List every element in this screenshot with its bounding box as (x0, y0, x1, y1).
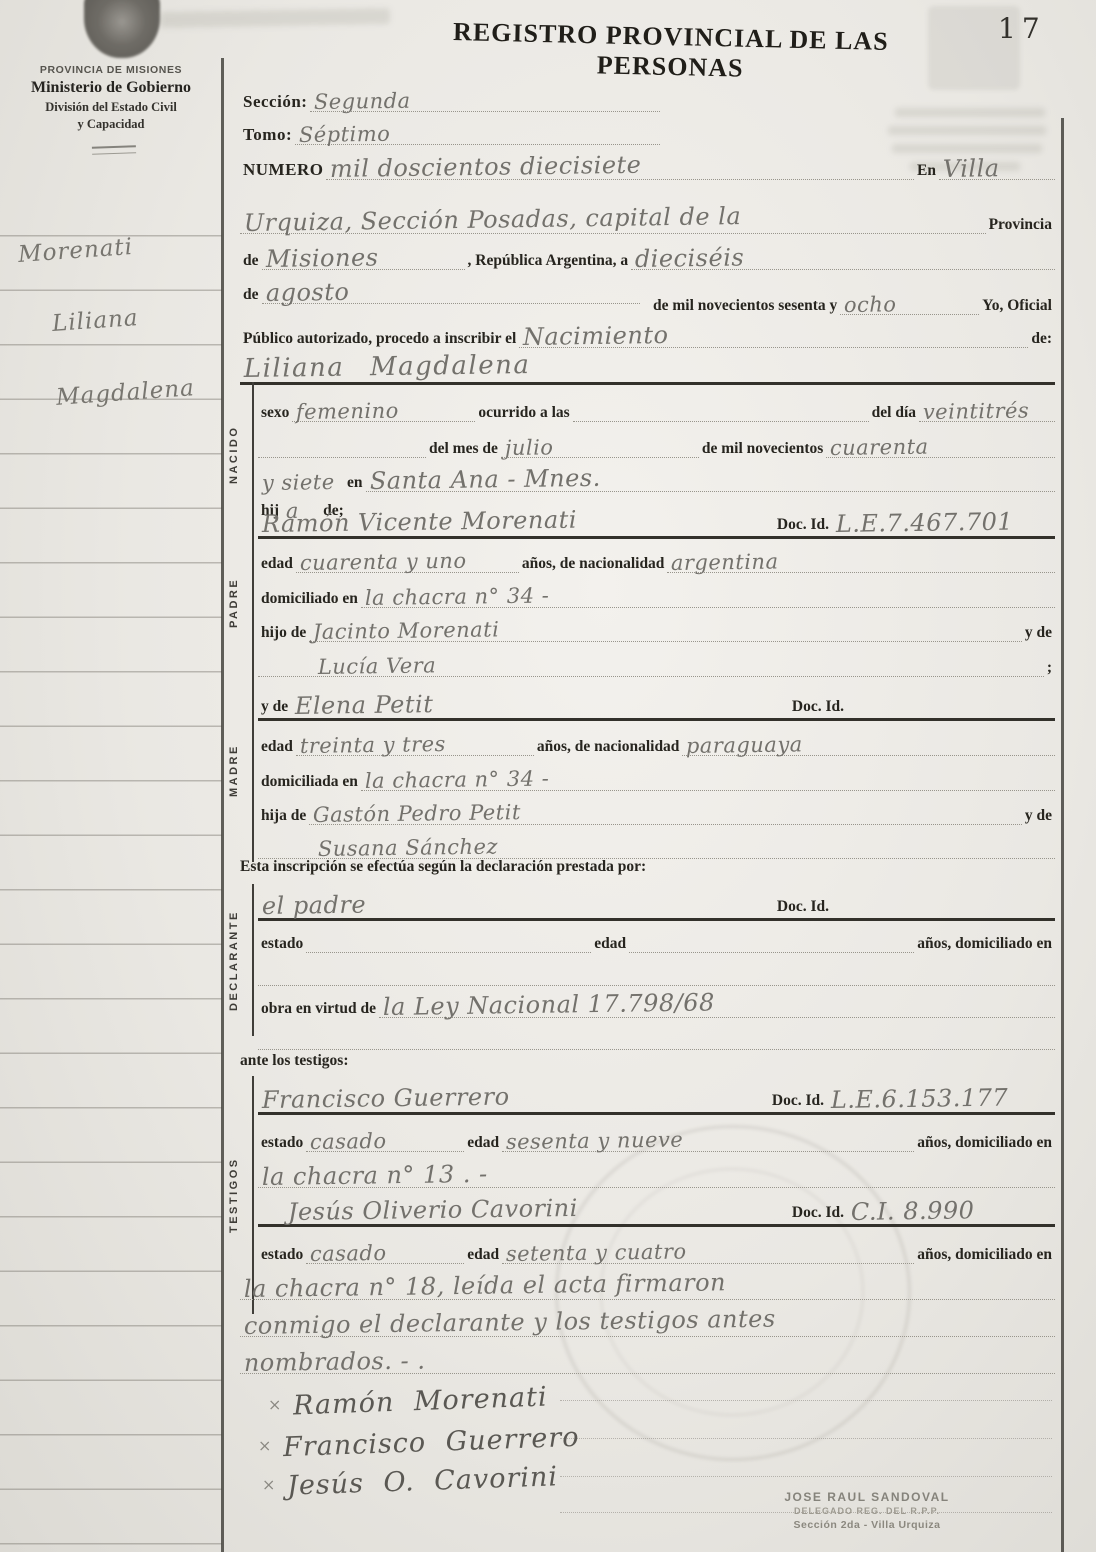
official-stamp: JOSE RAUL SANDOVAL DELEGADO REG. DEL R.P… (762, 1490, 972, 1531)
page-edge-line (1061, 118, 1064, 1552)
en-field: Villa (939, 155, 1055, 180)
declarante-dom-label: años, domiciliado en (914, 935, 1055, 953)
inscribe-row: Público autorizado, procedo a inscribir … (240, 318, 1055, 348)
letterhead-ministry: Ministerio de Gobierno (0, 79, 222, 97)
empty-field (258, 1049, 1055, 1050)
signature-mark: × (258, 1436, 271, 1455)
seccion-label: Sección: (240, 92, 310, 112)
birth-certificate-page: PROVINCIA DE MISIONES Ministerio de Gobi… (0, 0, 1096, 1552)
padre-domicilio-value: la chacra n° 34 - (365, 585, 550, 609)
padre-abuela-value: Lucía Vera (318, 655, 437, 678)
declarante-nombre-value: el padre (262, 893, 367, 918)
cierre-field-3: nombrados. - . (240, 1349, 1055, 1374)
testigo1-estado-row: estado casado edad sesenta y nueve años,… (258, 1122, 1055, 1152)
padre-edad-row: edad cuarenta y uno años, de nacionalida… (258, 543, 1055, 573)
mes-row: de agosto (240, 274, 640, 304)
padre-y-de-label: y de (1022, 624, 1055, 642)
margin-divider-line (221, 58, 224, 1552)
signature-testigo2: Jesús O. Cavorini (287, 1461, 559, 1501)
madre-dom-row: domiciliada en la chacra n° 34 - (258, 761, 1055, 791)
madre-hija-row: hija de Gastón Pedro Petit y de (258, 795, 1055, 825)
dia-nac-field: veintitrés (919, 400, 1055, 422)
dia-nac-value: veintitrés (923, 401, 1030, 423)
nombre-row: Liliana Magdalena (240, 348, 1055, 385)
mes-nac-field: julio (501, 436, 699, 458)
declarante-doc-label: Doc. Id. (774, 898, 832, 916)
provincia-value: Misiones (265, 245, 378, 271)
signature-testigo1: Francisco Guerrero (283, 1422, 580, 1463)
testigo1-edad-value: sesenta y nueve (506, 1130, 684, 1153)
padre-domicilio-field: la chacra n° 34 - (361, 586, 1055, 608)
declarante-intro: Esta inscripción se efectúa según la dec… (240, 858, 646, 876)
anio-field: ocho (840, 293, 979, 315)
declarante-virtud-value: la Ley Nacional 17.798/68 (383, 990, 715, 1019)
signature-mark: × (268, 1395, 281, 1414)
madre-nombre-field: Elena Petit (291, 692, 789, 716)
cierre-row-2: conmigo el declarante y los testigos ant… (240, 1305, 1055, 1337)
acto-field: Nacimiento (519, 323, 1028, 348)
faint-rule (560, 1476, 1052, 1477)
madre-edad-label: edad (258, 738, 296, 756)
declarante-nombre-row: el padre Doc. Id. (258, 888, 1055, 921)
testigo2-edad-field: setenta y cuatro (502, 1242, 914, 1264)
place-field: Urquiza, Sección Posadas, capital de la (240, 209, 986, 234)
sexo-field: femenino (292, 400, 475, 422)
declarante-virtud-field: la Ley Nacional 17.798/68 (379, 993, 1055, 1018)
testigo2-edad-value: setenta y cuatro (506, 1241, 687, 1265)
padre-nacionalidad-value: argentina (671, 551, 779, 574)
sexo-row: sexo femenino ocurrido a las del día vei… (258, 392, 1055, 422)
mes-field: agosto (262, 279, 641, 304)
testigo1-domicilio-value: la chacra n° 13 . - (262, 1162, 488, 1189)
cierre-field-2: conmigo el declarante y los testigos ant… (240, 1312, 1055, 1337)
madre-box (252, 686, 254, 862)
testigo2-doc-label: Doc. Id. (789, 1204, 847, 1222)
nacido-section-label: NACIDO (228, 396, 240, 514)
faint-rule (560, 1400, 1052, 1401)
madre-abuelo-field: Gastón Pedro Petit (309, 803, 1022, 825)
de-label: de (240, 252, 262, 270)
padre-abuelo-value: Jacinto Morenati (313, 619, 500, 643)
madre-abuela-field: Susana Sánchez (258, 837, 1055, 859)
testigo1-estado-value: casado (310, 1131, 387, 1153)
testigo1-estado-field: casado (306, 1130, 464, 1152)
padre-nombre-value: Ramón Vicente Morenati (262, 508, 577, 536)
letterhead-divider (92, 145, 136, 155)
padre-hijo-row: hijo de Jacinto Morenati y de (258, 612, 1055, 642)
tomo-field: Séptimo (295, 123, 660, 145)
anio-nac-label: de mil novecientos (699, 440, 826, 458)
madre-edad-row: edad treinta y tres años, de nacionalida… (258, 726, 1055, 756)
declarante-edad-label: edad (591, 935, 629, 953)
dia-field: dieciséis (631, 245, 1055, 270)
testigos-section-label: TESTIGOS (228, 1100, 240, 1290)
numero-label: NUMERO (240, 160, 326, 180)
hora-label: ocurrido a las (475, 404, 572, 422)
tomo-value: Séptimo (299, 124, 391, 146)
mes-nac-value: julio (505, 437, 554, 459)
testigo1-edad-label: edad (464, 1134, 502, 1152)
provincial-coat-of-arms (84, 0, 160, 58)
anio-value: ocho (844, 294, 897, 316)
cierre-field-1: la chacra n° 18, leída el acta firmaron (240, 1275, 1055, 1300)
numero-field: mil doscientos diecisiete (326, 155, 914, 180)
anio2-field: y siete (258, 471, 344, 492)
declarante-box (252, 884, 254, 1036)
cierre-row-1: la chacra n° 18, leída el acta firmaron (240, 1268, 1055, 1300)
sexo-value: femenino (296, 401, 399, 423)
madre-nombre-value: Elena Petit (295, 692, 434, 718)
anio-nac-value: cuarenta (830, 437, 929, 459)
place-row: Urquiza, Sección Posadas, capital de la … (240, 196, 1055, 234)
provincia-label: Provincia (986, 216, 1055, 234)
declarante-estado-row: estado edad años, domiciliado en (258, 925, 1055, 953)
padre-section-label: PADRE (228, 548, 240, 658)
declarante-estado-label: estado (258, 935, 306, 953)
tomo-row: Tomo: Séptimo (240, 117, 660, 145)
testigo1-dom-label: años, domiciliado en (914, 1134, 1055, 1152)
testigo1-doc-label: Doc. Id. (769, 1092, 827, 1110)
padre-abuelo-field: Jacinto Morenati (309, 620, 1022, 642)
faint-rule (560, 1438, 1052, 1439)
madre-y-de-label: y de (258, 698, 291, 716)
madre-edad-field: treinta y tres (296, 734, 534, 756)
sexo-label: sexo (258, 404, 292, 422)
lugar-field: Santa Ana - Mnes. (366, 467, 1056, 492)
provincia-row: de Misiones , República Argentina, a die… (240, 240, 1055, 270)
testigo2-doc-value: C.I. 8.990 (851, 1198, 975, 1224)
numero-value: mil doscientos diecisiete (330, 153, 642, 181)
madre-domicilio-value: la chacra n° 34 - (365, 768, 550, 792)
seccion-value: Segunda (314, 91, 411, 113)
letterhead-division-line2: y Capacidad (0, 117, 222, 132)
padre-punto-label: ; (1044, 659, 1055, 677)
nacido-box (252, 382, 254, 520)
lugar-row: y siete en Santa Ana - Mnes. (258, 462, 1055, 492)
declarante-virtud-label: obra en virtud de (258, 1000, 379, 1018)
testigo1-nombre-value: Francisco Guerrero (262, 1085, 510, 1112)
seccion-field: Segunda (310, 90, 660, 112)
testigo2-edad-label: edad (464, 1246, 502, 1264)
cierre-value-3: nombrados. - . (244, 1348, 426, 1375)
empty-field (258, 457, 426, 458)
testigo2-doc-field: C.I. 8.990 (847, 1198, 1055, 1222)
madre-domicilio-field: la chacra n° 34 - (361, 769, 1055, 791)
padre-nac-label: años, de nacionalidad (519, 555, 668, 573)
republica-label: , República Argentina, a (465, 252, 632, 270)
stamp-title: DELEGADO REG. DEL R.P.P. (762, 1506, 972, 1516)
madre-abuelo-value: Gastón Pedro Petit (313, 802, 521, 826)
madre-y-de2-label: y de (1022, 807, 1055, 825)
lugar-value: Santa Ana - Mnes. (369, 466, 600, 493)
madre-doc-label: Doc. Id. (789, 698, 847, 716)
madre-nombre-row: y de Elena Petit Doc. Id. (258, 686, 1055, 721)
testigo2-nombre-row: Jesús Oliverio Cavorini Doc. Id. C.I. 8.… (258, 1192, 1055, 1227)
testigo1-estado-label: estado (258, 1134, 306, 1152)
testigo1-domicilio-field: la chacra n° 13 . - (258, 1163, 1055, 1188)
madre-nacionalidad-field: paraguaya (682, 734, 1055, 756)
padre-nacionalidad-field: argentina (667, 551, 1055, 573)
testigo2-estado-label: estado (258, 1246, 306, 1264)
padre-box (252, 504, 254, 696)
declarante-virtud-row: obra en virtud de la Ley Nacional 17.798… (258, 988, 1055, 1018)
testigo1-edad-field: sesenta y nueve (502, 1130, 914, 1152)
stamp-name: JOSE RAUL SANDOVAL (762, 1490, 972, 1504)
padre-hijo-label: hijo de (258, 624, 309, 642)
declarante-empty-row (258, 960, 1055, 986)
tomo-label: Tomo: (240, 125, 295, 145)
padre-edad-label: edad (258, 555, 296, 573)
stamp-office: Sección 2da - Villa Urquiza (762, 1519, 972, 1531)
signature-mark: × (262, 1475, 275, 1494)
madre-nac-label: años, de nacionalidad (534, 738, 683, 756)
page-title: REGISTRO PROVINCIAL DE LAS PERSONAS (397, 16, 943, 88)
padre-nombre-field: Ramón Vicente Morenati (258, 510, 774, 534)
madre-nacionalidad-value: paraguaya (686, 734, 803, 757)
madre-section-label: MADRE (228, 716, 240, 826)
madre-abuela-row: Susana Sánchez (258, 829, 1055, 859)
oficial-label: Yo, Oficial (979, 297, 1055, 315)
testigo1-doc-field: L.E.6.153.177 (827, 1086, 1055, 1110)
declarante-edad-field (629, 952, 914, 953)
cierre-value-2: conmigo el declarante y los testigos ant… (244, 1307, 776, 1338)
mes-nac-label: del mes de (426, 440, 501, 458)
madre-hija-label: hija de (258, 807, 309, 825)
padre-doc-value: L.E.7.467.701 (836, 510, 1014, 536)
madre-edad-value: treinta y tres (300, 734, 446, 757)
dia-value: dieciséis (635, 245, 745, 271)
de2-label: de (240, 286, 262, 304)
padre-edad-field: cuarenta y uno (296, 551, 519, 573)
inscribe-label: Público autorizado, procedo a inscribir … (240, 330, 519, 348)
testigo2-dom-label: años, domiciliado en (914, 1246, 1055, 1264)
dia-nac-label: del día (869, 404, 919, 422)
declarante-section-label: DECLARANTE (228, 892, 240, 1030)
testigo2-estado-row: estado casado edad setenta y cuatro años… (258, 1234, 1055, 1264)
padre-abuela-field: Lucía Vera (258, 655, 1044, 677)
anio-row: de mil novecientos sesenta y ocho Yo, Of… (650, 287, 1055, 315)
signature-padre: Ramón Morenati (293, 1382, 549, 1422)
seccion-row: Sección: Segunda (240, 84, 660, 112)
bleedthrough-smudge (895, 108, 1045, 117)
anio-nac-field: cuarenta (826, 436, 1055, 458)
testigo2-nombre-value: Jesús Oliverio Cavorini (288, 1196, 578, 1224)
padre-dom-row: domiciliado en la chacra n° 34 - (258, 578, 1055, 608)
testigo2-estado-field: casado (306, 1242, 464, 1264)
padre-edad-value: cuarenta y uno (300, 551, 467, 574)
declarante-empty-row2 (258, 1024, 1055, 1050)
signature-row-2: × Francisco Guerrero (258, 1427, 580, 1458)
madre-dom-label: domiciliada en (258, 773, 361, 791)
padre-doc-label: Doc. Id. (774, 516, 832, 534)
testigo2-nombre-field: Jesús Oliverio Cavorini (258, 1198, 789, 1222)
en-label: En (914, 162, 939, 180)
testigo1-nombre-field: Francisco Guerrero (258, 1086, 769, 1110)
padre-dom-label: domiciliado en (258, 590, 361, 608)
madre-abuela-value: Susana Sánchez (318, 836, 498, 860)
signature-row-1: × Ramón Morenati (268, 1386, 548, 1417)
mes-value: agosto (265, 280, 349, 305)
anio2-value: y siete (262, 472, 335, 494)
padre-doc-field: L.E.7.467.701 (832, 510, 1055, 534)
declarante-nombre-field: el padre (258, 892, 774, 916)
padre-nombre-row: Ramón Vicente Morenati Doc. Id. L.E.7.46… (258, 504, 1055, 539)
testigo2-estado-value: casado (310, 1243, 387, 1265)
signature-row-3: × Jesús O. Cavorini (262, 1466, 558, 1497)
testigo1-dom-row: la chacra n° 13 . - (258, 1158, 1055, 1188)
declarante-estado-field (306, 952, 591, 953)
bleedthrough-smudge (888, 126, 1046, 135)
de3-label: de: (1028, 330, 1055, 348)
testigos-intro: ante los testigos: (240, 1052, 349, 1070)
hora-field (573, 421, 869, 422)
anio-label: de mil novecientos sesenta y (650, 297, 840, 315)
padre-abuela-row: Lucía Vera ; (258, 647, 1055, 677)
cierre-row-3: nombrados. - . (240, 1342, 1055, 1374)
bleedthrough-smudge (160, 8, 390, 28)
testigo1-nombre-row: Francisco Guerrero Doc. Id. L.E.6.153.17… (258, 1080, 1055, 1115)
letterhead-division-line1: División del Estado Civil (0, 100, 222, 115)
nombre-value: Liliana Magdalena (244, 352, 531, 382)
nombre-field: Liliana Magdalena (240, 354, 1055, 380)
en-value: Villa (943, 156, 1000, 181)
provincia-field: Misiones (262, 245, 465, 270)
page-number: 17 (998, 12, 1046, 45)
empty-field (258, 985, 1055, 986)
testigo1-doc-value: L.E.6.153.177 (831, 1086, 1009, 1112)
place-value: Urquiza, Sección Posadas, capital de la (244, 204, 742, 235)
left-margin-column: PROVINCIA DE MISIONES Ministerio de Gobi… (0, 0, 222, 1552)
mes-nac-row: del mes de julio de mil novecientos cuar… (258, 428, 1055, 458)
numero-row: NUMERO mil doscientos diecisiete En Vill… (240, 150, 1055, 180)
lugar-label: en (344, 474, 366, 492)
acto-value: Nacimiento (523, 323, 669, 349)
cierre-value-1: la chacra n° 18, leída el acta firmaron (244, 1270, 727, 1301)
letterhead-province: PROVINCIA DE MISIONES (0, 64, 222, 76)
